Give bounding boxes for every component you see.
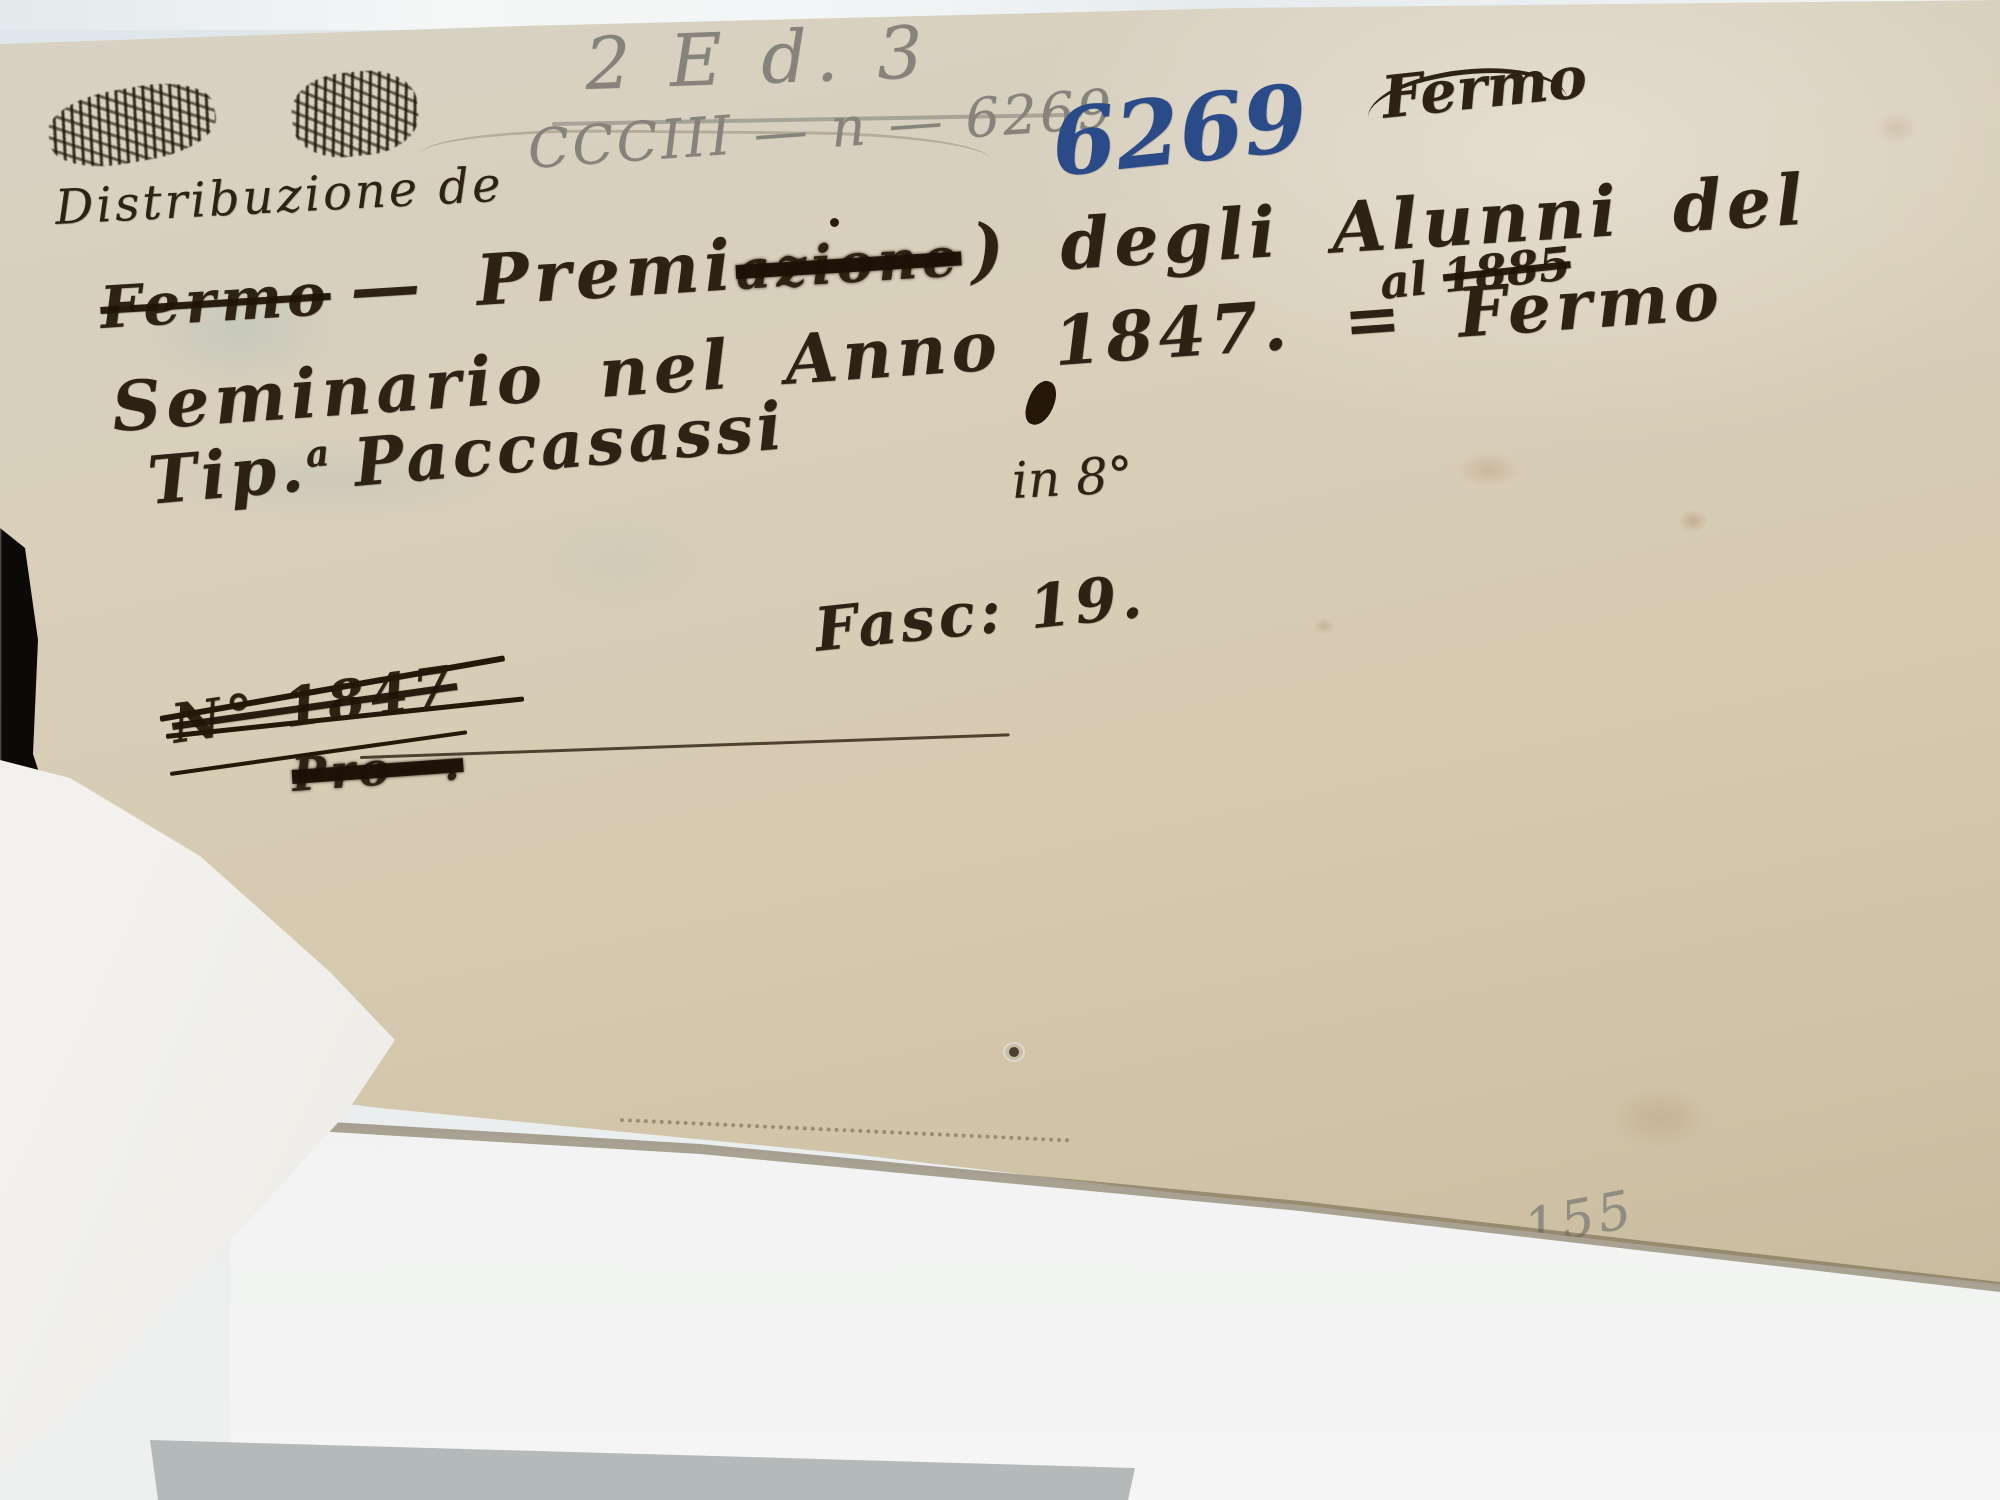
- struck-azione: azione: [734, 224, 963, 302]
- imprint-tip: Tip.: [145, 428, 311, 520]
- ink-speck: [830, 218, 839, 227]
- imprint-tip-sup: a: [304, 431, 335, 476]
- imprint-format: in 8°: [1010, 446, 1134, 510]
- struck-place-word: Fermo: [98, 260, 332, 342]
- paper-hole-center: [1009, 1047, 1019, 1057]
- archival-document-photo: 2 E d. 3 CCCIII — n — 6269 6269 Fermo Di…: [0, 0, 2000, 1500]
- pencil-shelfmark: 2 E d. 3: [584, 10, 933, 106]
